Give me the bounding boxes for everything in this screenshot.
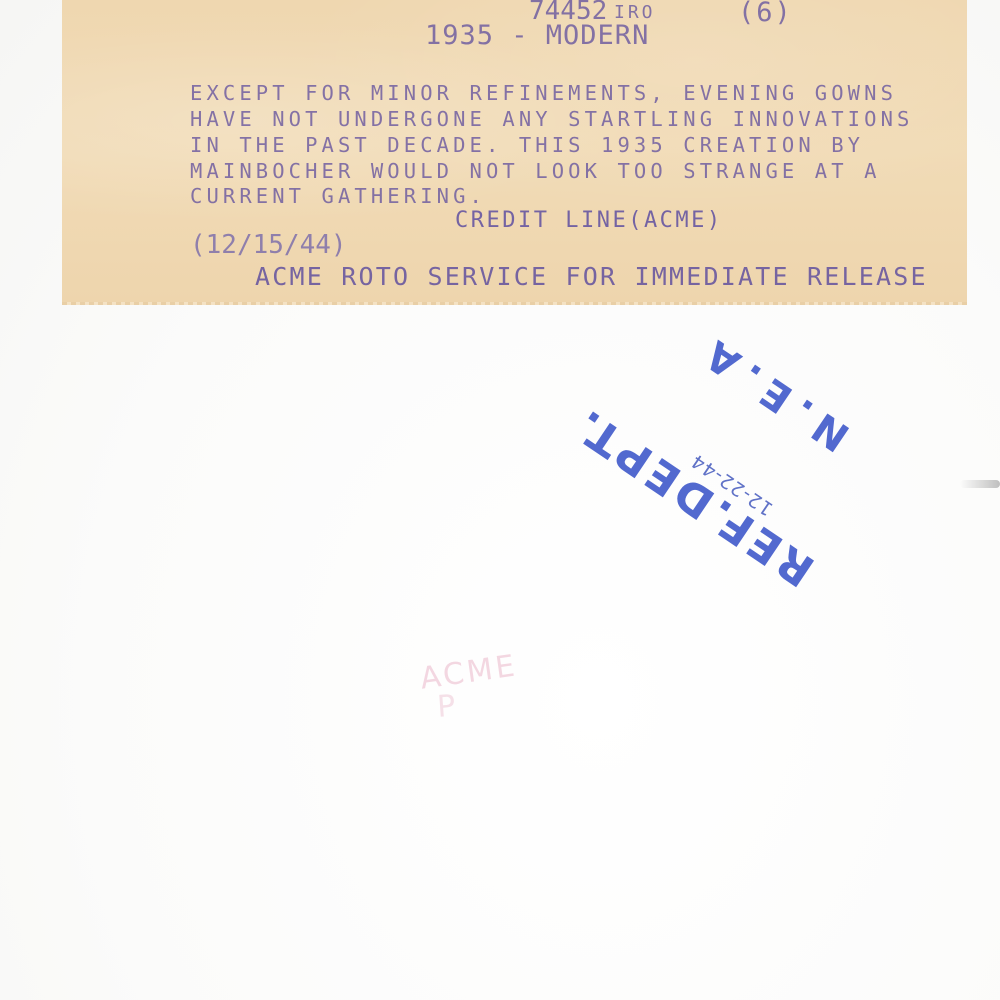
caption-date: (12/15/44) — [190, 230, 347, 260]
smudge-mark — [960, 480, 1000, 488]
release-line: ACME ROTO SERVICE FOR IMMEDIATE RELEASE — [255, 262, 928, 291]
caption-body-line: MAINBOCHER WOULD NOT LOOK TOO STRANGE AT… — [190, 159, 881, 183]
caption-title: 1935 - MODERN — [425, 20, 649, 51]
credit-line: CREDIT LINE(ACME) — [455, 208, 723, 233]
caption-body-line: EXCEPT FOR MINOR REFINEMENTS, EVENING GO… — [190, 81, 897, 105]
caption-body-line: IN THE PAST DECADE. THIS 1935 CREATION B… — [190, 133, 864, 157]
caption-body-line: CURRENT GATHERING. — [190, 184, 486, 208]
photo-count: (6) — [738, 0, 793, 28]
caption-body-line: HAVE NOT UNDERGONE ANY STARTLING INNOVAT… — [190, 107, 913, 131]
faded-red-stamp-line: P — [436, 689, 456, 725]
